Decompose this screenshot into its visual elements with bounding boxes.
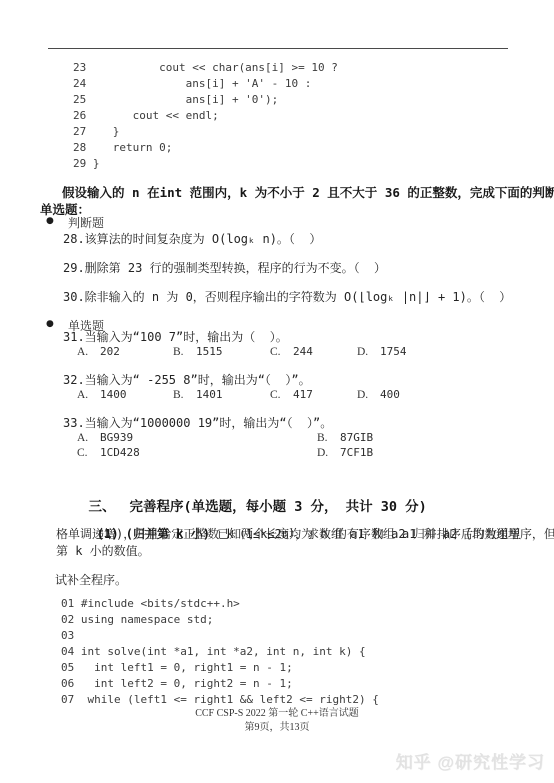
code-line: 24 ans[i] + 'A' - 10 : [73,76,338,92]
intro-paragraph-line1: 假设输入的 n 在int 范围内，k 为不小于 2 且不大于 36 的正整数，完… [62,184,554,201]
option-letter: D. [317,447,340,459]
option-letter: B. [173,389,196,401]
option-value: 7CF1B [340,446,373,459]
option-33-b: B.87GIB [317,431,373,444]
code-line: 06 int left2 = 0, right2 = n - 1; [61,676,379,692]
page-footer: CCF CSP-S 2022 第一轮 C++语言试题 第9页，共13页 [0,707,554,735]
problem-1-line2: 格单调递增)，并且给定正整数 k（1≤k≤2n），求数组 a1 和 a2 归并排… [56,526,521,543]
question-29: 29.删除第 23 行的强制类型转换，程序的行为不变。（ ） [63,260,386,276]
zhihu-watermark: 知乎 @研究性学习 [396,748,545,773]
code-line: 28 return 0; [73,140,338,156]
option-letter: A. [77,389,100,401]
option-value: 202 [100,345,120,358]
code-listing-bottom: 01 #include <bits/stdc++.h> 02 using nam… [61,596,379,708]
option-31-b: B.1515 [173,345,270,358]
problem-1-line3: 第 k 小的数值。 [56,543,150,560]
option-32-d: D.400 [357,388,400,401]
header-divider [48,48,508,49]
option-33-a: A.BG939 [77,431,317,444]
option-value: 400 [380,388,400,401]
option-value: 1400 [100,388,127,401]
code-line: 23 cout << char(ans[i] >= 10 ? [73,60,338,76]
code-line: 26 cout << endl; [73,108,338,124]
judge-section-label: 判断题 [68,214,104,231]
option-value: 244 [293,345,313,358]
option-value: 1401 [196,388,223,401]
option-letter: C. [270,346,293,358]
option-31-a: A.202 [77,345,173,358]
bullet-icon: ● [46,216,54,226]
option-value: 1CD428 [100,446,140,459]
option-value: 87GIB [340,431,373,444]
option-letter: C. [270,389,293,401]
option-letter: A. [77,432,100,444]
option-31-c: C.244 [270,345,357,358]
option-32-a: A.1400 [77,388,173,401]
code-line: 02 using namespace std; [61,612,379,628]
question-33-options-row2: C.1CD428 D.7CF1B [77,446,373,459]
code-line: 25 ans[i] + '0'); [73,92,338,108]
option-value: 1515 [196,345,223,358]
question-31-options: A.202 B.1515 C.244 D.1754 [77,345,407,358]
option-33-c: C.1CD428 [77,446,317,459]
code-line: 01 #include <bits/stdc++.h> [61,596,379,612]
footer-page-number: 第9页，共13页 [0,721,554,735]
bullet-icon: ● [46,319,54,329]
option-value: 417 [293,388,313,401]
option-32-b: B.1401 [173,388,270,401]
option-letter: C. [77,447,100,459]
option-letter: B. [173,346,196,358]
code-listing-top: 23 cout << char(ans[i] >= 10 ? 24 ans[i]… [73,60,338,172]
option-letter: D. [357,346,380,358]
code-line: 04 int solve(int *a1, int *a2, int n, in… [61,644,379,660]
question-33: 33.当输入为“1000000 19”时，输出为“（ ）”。 [63,415,332,431]
question-31: 31.当输入为“100 7”时，输出为（ ）。 [63,329,288,345]
code-line: 05 int left1 = 0, right1 = n - 1; [61,660,379,676]
exam-page: 23 cout << char(ans[i] >= 10 ? 24 ans[i]… [0,0,554,783]
question-33-options-row1: A.BG939 B.87GIB [77,431,373,444]
code-line: 29 } [73,156,338,172]
code-line: 03 [61,628,379,644]
option-letter: B. [317,432,340,444]
question-30: 30.除非输入的 n 为 0，否则程序输出的字符数为 O(⌊logₖ |n|⌋ … [63,289,511,305]
code-line: 27 } [73,124,338,140]
question-32: 32.当输入为“ -255 8”时，输出为“（ ）”。 [63,372,311,388]
option-letter: D. [357,389,380,401]
option-letter: A. [77,346,100,358]
footer-title: CCF CSP-S 2022 第一轮 C++语言试题 [0,707,554,721]
problem-1-prompt: 试补全程序。 [55,572,127,589]
question-28: 28.该算法的时间复杂度为 O(logₖ n)。（ ） [63,231,321,247]
option-value: BG939 [100,431,133,444]
code-line: 07 while (left1 <= right1 && left2 <= ri… [61,692,379,708]
option-32-c: C.417 [270,388,357,401]
option-value: 1754 [380,345,407,358]
question-32-options: A.1400 B.1401 C.417 D.400 [77,388,400,401]
option-31-d: D.1754 [357,345,407,358]
option-33-d: D.7CF1B [317,446,373,459]
